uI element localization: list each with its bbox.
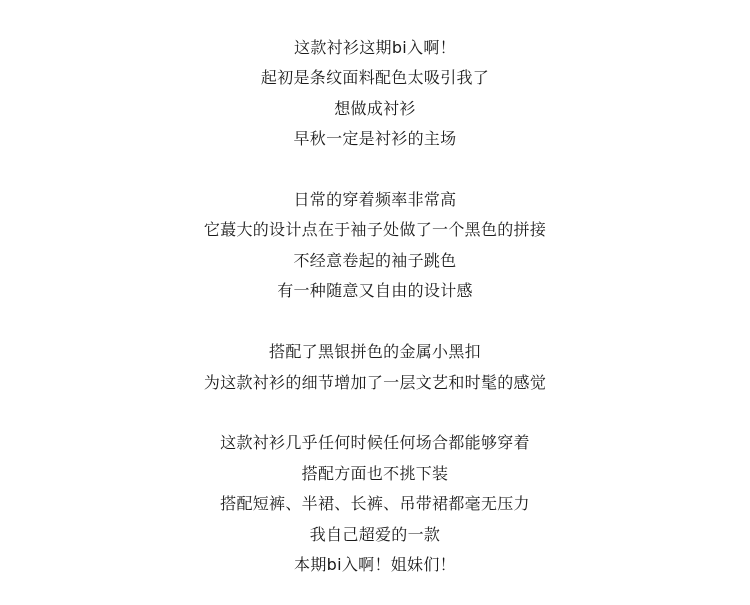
text-line: 日常的穿着频率非常高	[0, 185, 750, 215]
text-line: 这款衬衫几乎任何时候任何场合都能够穿着	[0, 428, 750, 458]
text-line: 为这款衬衫的细节增加了一层文艺和时髦的感觉	[0, 368, 750, 398]
text-line: 我自己超爱的一款	[0, 520, 750, 550]
text-line: 起初是条纹面料配色太吸引我了	[0, 63, 750, 93]
text-line: 想做成衬衫	[0, 94, 750, 124]
text-line: 不经意卷起的袖子跳色	[0, 246, 750, 276]
text-line: 有一种随意又自由的设计感	[0, 276, 750, 306]
text-line: 这款衬衫这期bi入啊！	[0, 33, 750, 63]
paragraph-2: 日常的穿着频率非常高 它蕞大的设计点在于袖子处做了一个黑色的拼接 不经意卷起的袖…	[0, 185, 750, 307]
text-line: 它蕞大的设计点在于袖子处做了一个黑色的拼接	[0, 215, 750, 245]
text-line: 搭配了黑银拼色的金属小黑扣	[0, 337, 750, 367]
paragraph-4: 这款衬衫几乎任何时候任何场合都能够穿着 搭配方面也不挑下装 搭配短裤、半裙、长裤…	[0, 428, 750, 580]
paragraph-1: 这款衬衫这期bi入啊！ 起初是条纹面料配色太吸引我了 想做成衬衫 早秋一定是衬衫…	[0, 33, 750, 155]
text-line: 本期bi入啊！姐妹们！	[0, 550, 750, 580]
text-line: 早秋一定是衬衫的主场	[0, 124, 750, 154]
paragraph-3: 搭配了黑银拼色的金属小黑扣 为这款衬衫的细节增加了一层文艺和时髦的感觉	[0, 337, 750, 398]
text-line: 搭配方面也不挑下装	[0, 459, 750, 489]
text-line: 搭配短裤、半裙、长裤、吊带裙都毫无压力	[0, 489, 750, 519]
article-text: 这款衬衫这期bi入啊！ 起初是条纹面料配色太吸引我了 想做成衬衫 早秋一定是衬衫…	[0, 33, 750, 605]
